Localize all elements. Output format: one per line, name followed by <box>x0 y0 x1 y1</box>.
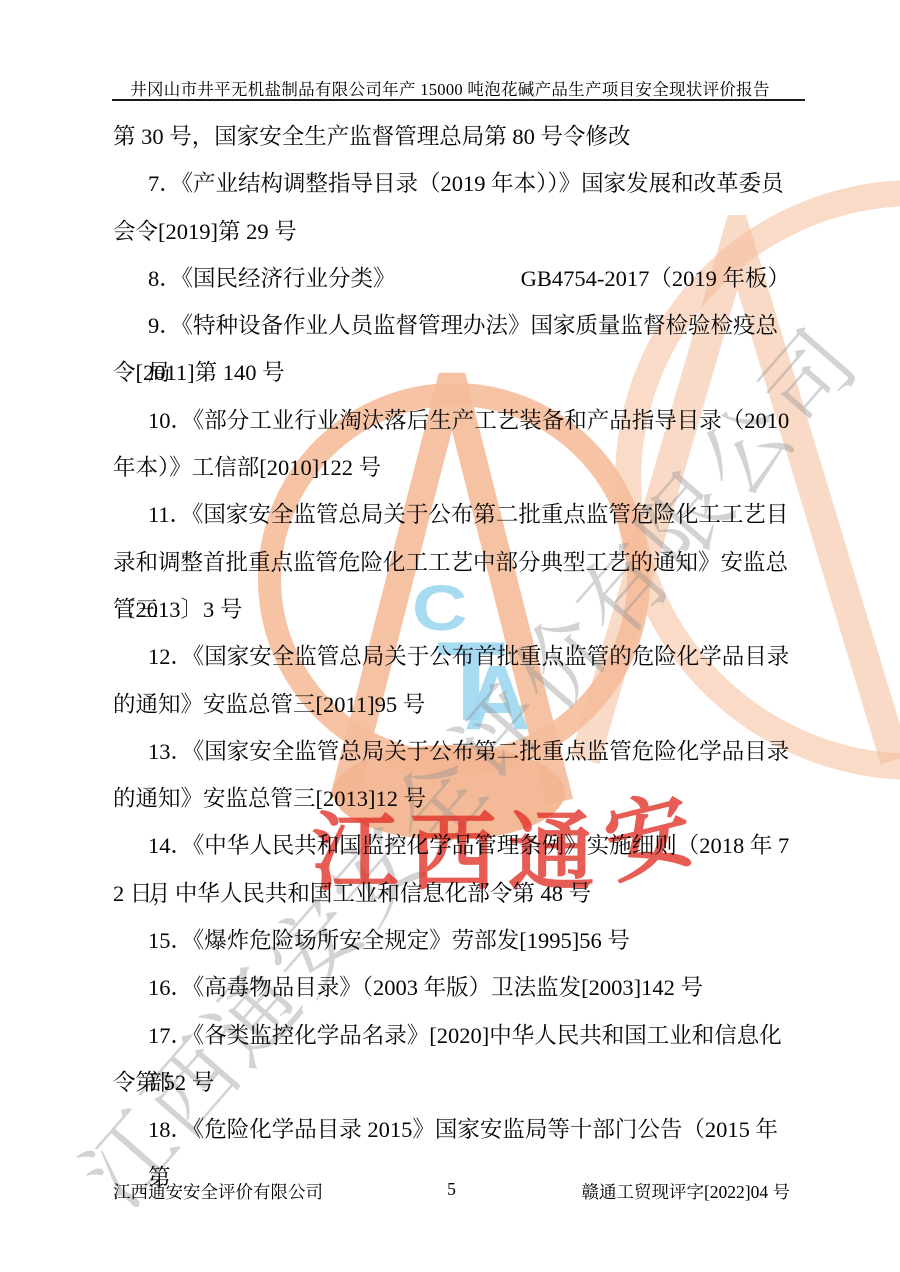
body-line: 17．《各类监控化学品名录》[2020]中华人民共和国工业和信息化部 <box>113 1012 790 1059</box>
body-line: 7．《产业结构调整指导目录（2019 年本））》国家发展和改革委员 <box>113 160 790 207</box>
header-rule <box>112 99 805 101</box>
line-left-part: 8．《国民经济行业分类》 <box>148 255 396 302</box>
body-line: 16．《高毒物品目录》（2003 年版）卫法监发[2003]142 号 <box>113 964 790 1011</box>
body-line: 12．《国家安全监管总局关于公布首批重点监管的危险化学品目录 <box>113 633 790 680</box>
body-lines: 第 30 号，国家安全生产监督管理总局第 80 号令修改7．《产业结构调整指导目… <box>113 113 790 1154</box>
body-line: 10．《部分工业行业淘汰落后生产工艺装备和产品指导目录（2010 <box>113 397 790 444</box>
body-line: 18．《危险化学品目录 2015》国家安监局等十部门公告（2015 年第 <box>113 1106 790 1153</box>
document-content: 井冈山市井平无机盐制品有限公司年产 15000 吨泡花碱产品生产项目安全现状评价… <box>0 0 900 1272</box>
body-line: 2 日，中华人民共和国工业和信息化部令第 48 号 <box>113 870 790 917</box>
footer-doc-number: 赣通工贸现评字[2022]04 号 <box>581 1179 790 1204</box>
body-line: 令第 52 号 <box>113 1059 790 1106</box>
line-right-part: GB4754-2017（2019 年板） <box>521 255 790 302</box>
body-line: 9．《特种设备作业人员监督管理办法》国家质量监督检验检疫总局 <box>113 302 790 349</box>
body-line: 8．《国民经济行业分类》GB4754-2017（2019 年板） <box>113 255 790 302</box>
body-line: 会令[2019]第 29 号 <box>113 208 790 255</box>
body-line: 14．《中华人民共和国监控化学品管理条例》实施细则（2018 年 7 月 <box>113 822 790 869</box>
body-line: 15．《爆炸危险场所安全规定》劳部发[1995]56 号 <box>113 917 790 964</box>
body-line: 的通知》安监总管三[2013]12 号 <box>113 775 790 822</box>
body-line: 13．《国家安全监管总局关于公布第二批重点监管危险化学品目录 <box>113 728 790 775</box>
body-line: 的通知》安监总管三[2011]95 号 <box>113 681 790 728</box>
body-line: 11．《国家安全监管总局关于公布第二批重点监管危险化工工艺目 <box>113 491 790 538</box>
body-line: 录和调整首批重点监管危险化工工艺中部分典型工艺的通知》安监总管三 <box>113 539 790 586</box>
report-page: C T A 江西通安安全评价有限公司 江西通安 井冈山市井平无机盐制品有限公司年… <box>0 0 900 1272</box>
footer-company: 江西通安安全评价有限公司 <box>113 1179 323 1204</box>
page-header-title: 井冈山市井平无机盐制品有限公司年产 15000 吨泡花碱产品生产项目安全现状评价… <box>0 76 900 100</box>
body-line: 第 30 号，国家安全生产监督管理总局第 80 号令修改 <box>113 113 790 160</box>
body-line: 年本）》工信部[2010]122 号 <box>113 444 790 491</box>
body-line: 令[2011]第 140 号 <box>113 349 790 396</box>
page-footer: 5 江西通安安全评价有限公司 赣通工贸现评字[2022]04 号 <box>113 1179 790 1204</box>
body-line: 〔2013〕3 号 <box>113 586 790 633</box>
